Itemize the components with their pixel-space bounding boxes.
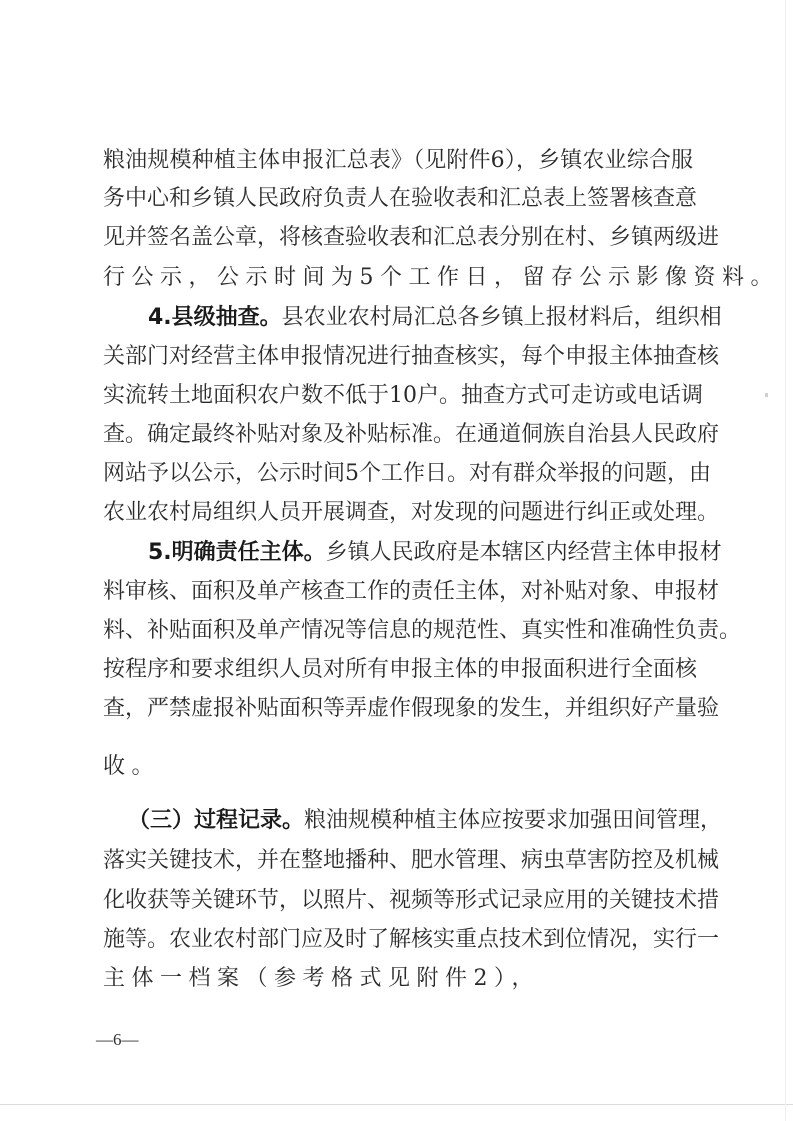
text-line: 查，严禁虚报补贴面积等弄虚作假现象的发生，并组织好产量验 bbox=[103, 694, 693, 724]
section-4-first-line: 4.县级抽查。县农业农村局汇总各乡镇上报材料后，组织相 bbox=[148, 303, 693, 333]
text-line: 施等。农业农村部门应及时了解核实重点技术到位情况，实行一 bbox=[103, 925, 693, 955]
text-line: 按程序和要求组织人员对所有申报主体的申报面积进行全面核 bbox=[103, 655, 693, 685]
text-line: 主体一档案（参考格式见附件2）， bbox=[103, 964, 693, 994]
page-number: —6— bbox=[96, 1028, 139, 1052]
scan-artifact-line bbox=[0, 1104, 793, 1105]
text-line: 化收获等关键环节，以照片、视频等形式记录应用的关键技术措 bbox=[103, 886, 693, 916]
section-4-first-line-text: 县农业农村局汇总各乡镇上报材料后，组织相 bbox=[282, 305, 722, 330]
section-3-first-line-text: 粮油规模种植主体应按要求加强田间管理， bbox=[304, 808, 722, 833]
section-4-heading: 4.县级抽查。 bbox=[148, 305, 282, 330]
section-5-first-line: 5.明确责任主体。乡镇人民政府是本辖区内经营主体申报材 bbox=[148, 538, 693, 568]
document-page: 粮油规模种植主体申报汇总表》（见附件6），乡镇农业综合服 务中心和乡镇人民政府负… bbox=[0, 0, 793, 1121]
section-3-heading: （三）过程记录。 bbox=[128, 808, 304, 833]
scan-artifact-edge bbox=[785, 0, 786, 1121]
text-line: 料审核、面积及单产核查工作的责任主体，对补贴对象、申报材 bbox=[103, 577, 693, 607]
text-line: 行公示，公示时间为5个工作日，留存公示影像资料。 bbox=[103, 263, 693, 293]
scan-speck bbox=[765, 393, 768, 397]
text-line: 务中心和乡镇人民政府负责人在验收表和汇总表上签署核查意 bbox=[103, 184, 693, 214]
text-line: 粮油规模种植主体申报汇总表》（见附件6），乡镇农业综合服 bbox=[103, 146, 693, 176]
text-line: 农业农村局组织人员开展调查，对发现的问题进行纠正或处理。 bbox=[103, 498, 693, 528]
text-line: 实流转土地面积农户数不低于10户。抽查方式可走访或电话调 bbox=[103, 381, 693, 411]
section-5-first-line-text: 乡镇人民政府是本辖区内经营主体申报材 bbox=[326, 540, 722, 565]
text-line: 落实关键技术，并在整地播种、肥水管理、病虫草害防控及机械 bbox=[103, 846, 693, 876]
text-line: 关部门对经营主体申报情况进行抽查核实，每个申报主体抽查核 bbox=[103, 342, 693, 372]
section-5-heading: 5.明确责任主体。 bbox=[148, 540, 326, 565]
text-line: 查。确定最终补贴对象及补贴标准。在通道侗族自治县人民政府 bbox=[103, 420, 693, 450]
text-line: 见并签名盖公章，将核查验收表和汇总表分别在村、乡镇两级进 bbox=[103, 223, 693, 253]
text-line: 收。 bbox=[103, 752, 693, 782]
text-line: 料、补贴面积及单产情况等信息的规范性、真实性和准确性负责。 bbox=[103, 616, 693, 646]
text-line: 网站予以公示，公示时间5个工作日。对有群众举报的问题，由 bbox=[103, 459, 693, 489]
section-3-first-line: （三）过程记录。粮油规模种植主体应按要求加强田间管理， bbox=[128, 806, 693, 836]
